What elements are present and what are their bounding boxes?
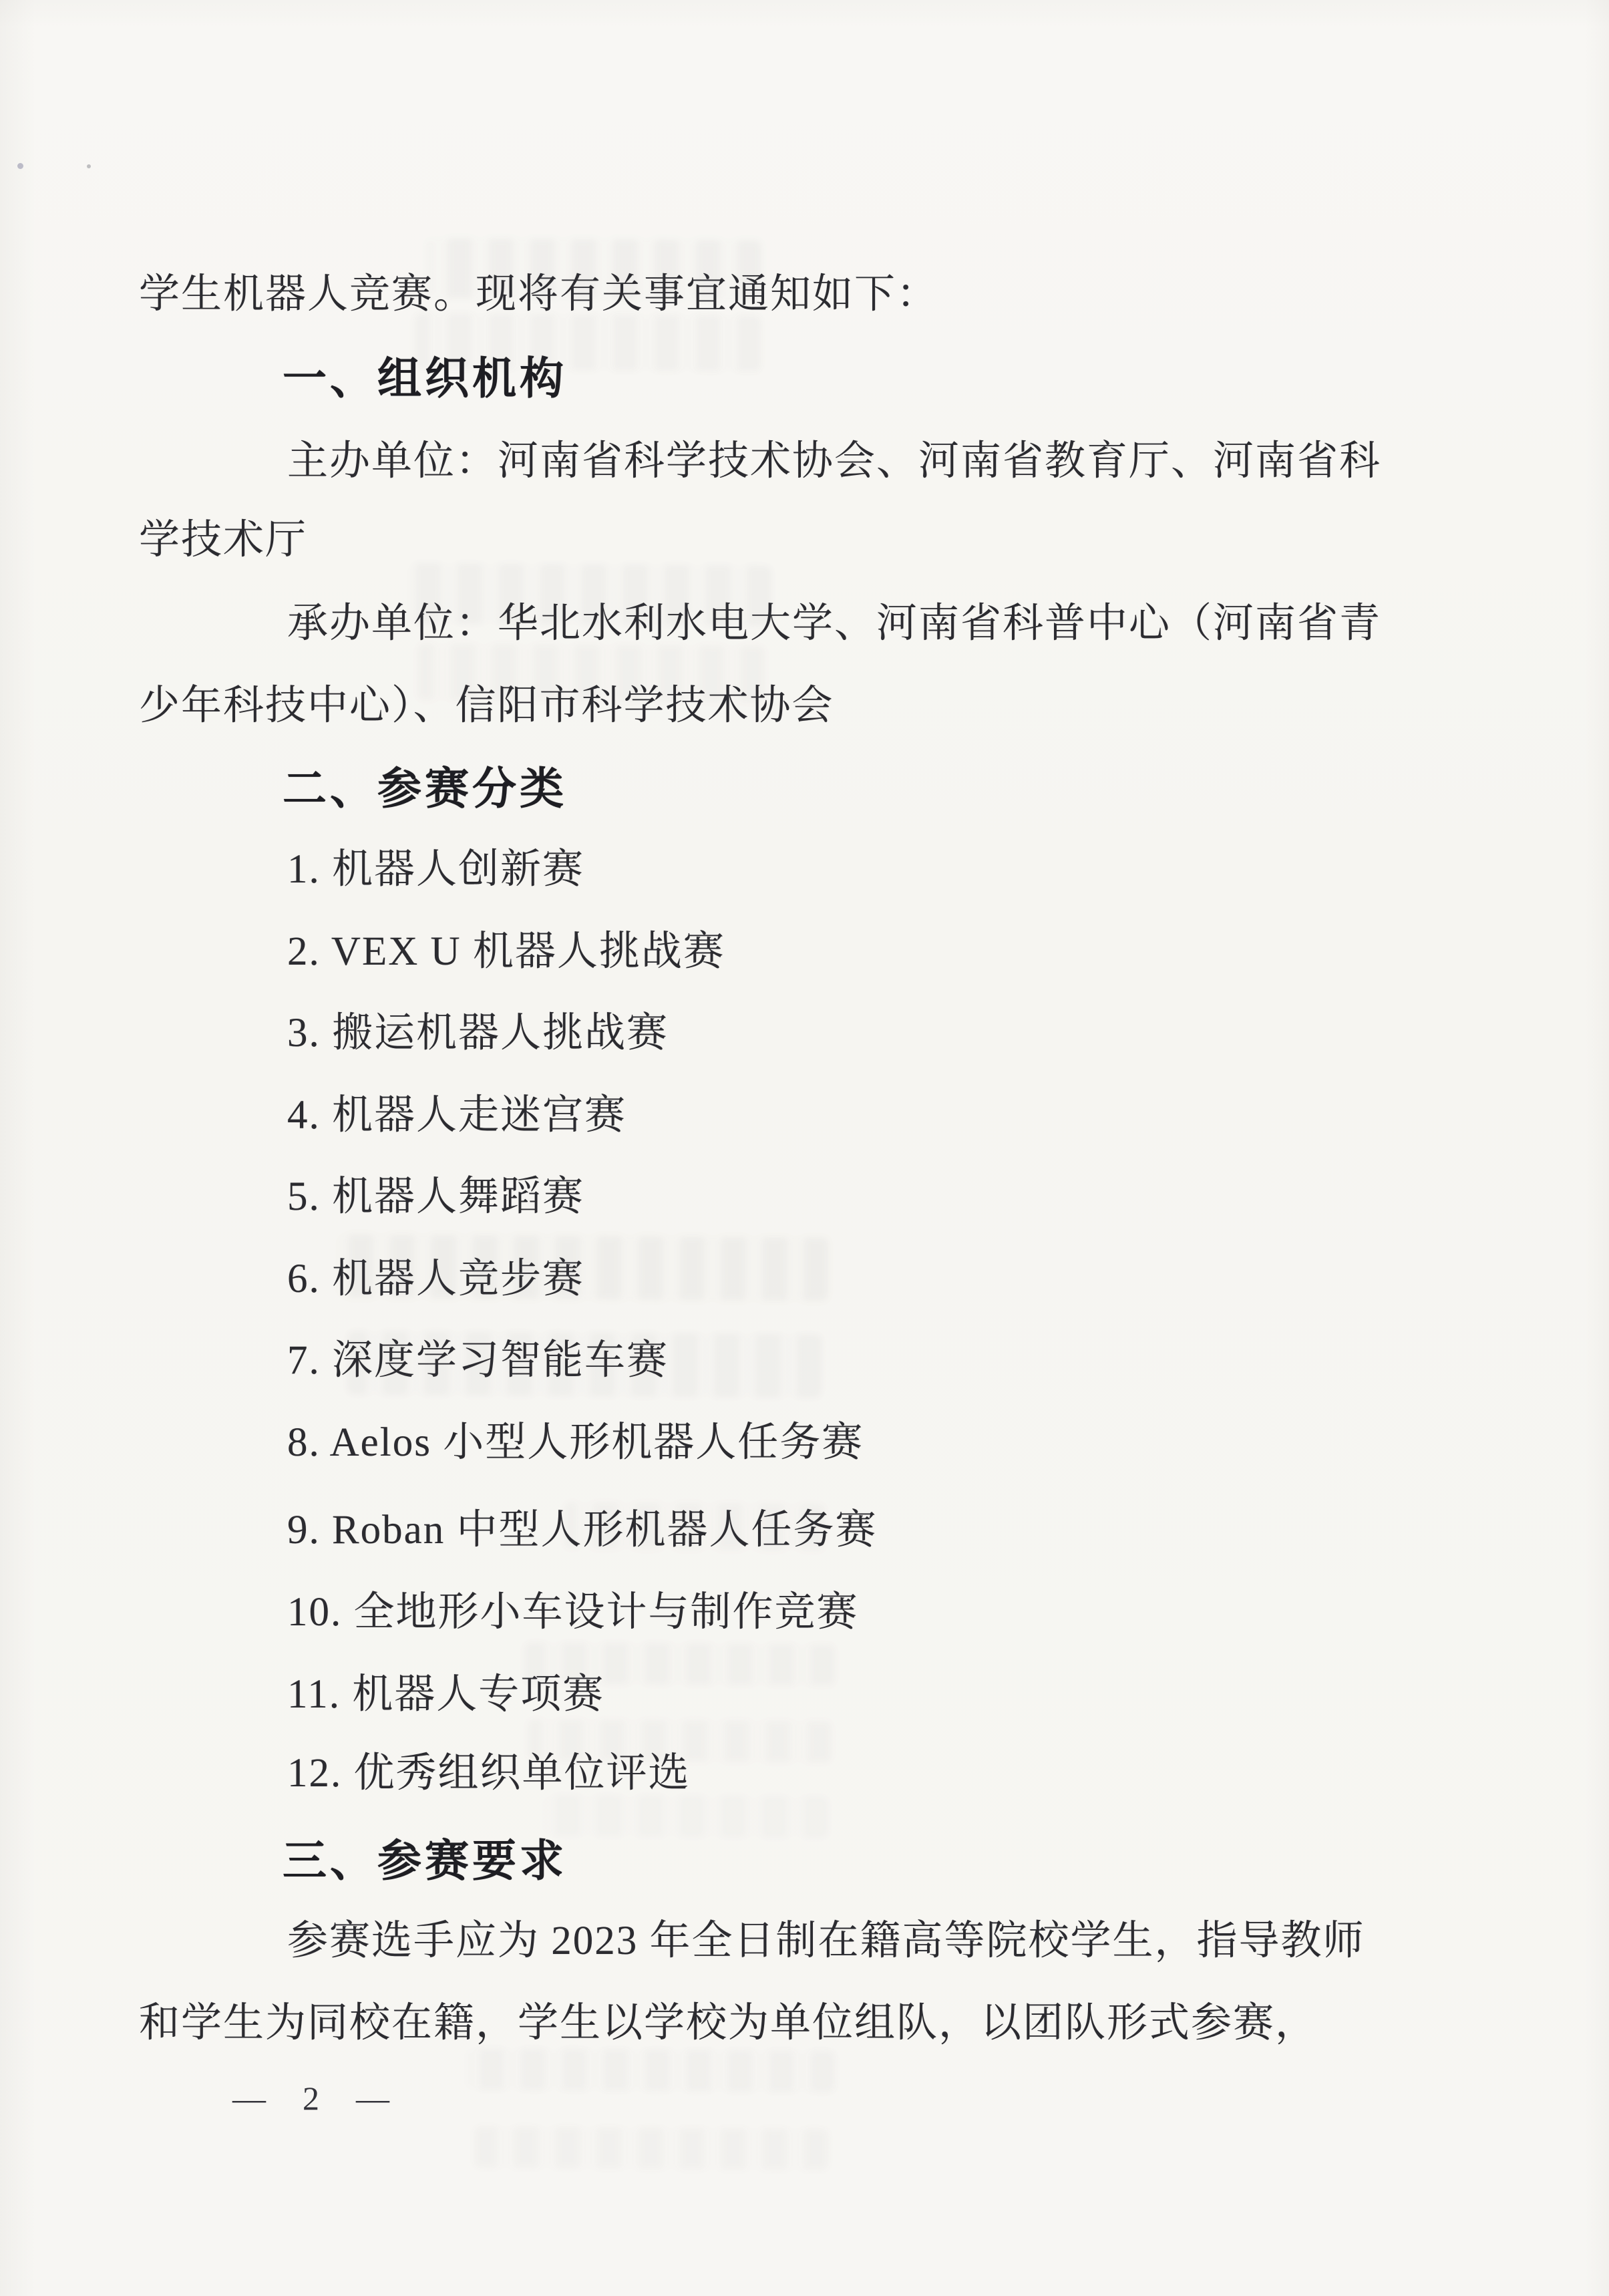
bleed-through-artifact bbox=[474, 2126, 828, 2170]
bleed-through-artifact bbox=[417, 643, 765, 703]
bleed-through-artifact bbox=[427, 238, 762, 300]
section3-heading: 三、参赛要求 bbox=[283, 1838, 567, 1882]
organizer-line: 主办单位：河南省科学技术协会、河南省教育厅、河南省科 bbox=[287, 441, 1381, 482]
category-item: 10. 全地形小车设计与制作竞赛 bbox=[287, 1592, 859, 1633]
requirements-line: 参赛选手应为 2023 年全日制在籍高等院校学生，指导教师 bbox=[287, 1921, 1365, 1961]
category-item: 5. 机器人舞蹈赛 bbox=[287, 1176, 584, 1217]
scan-speck bbox=[17, 163, 23, 169]
bleed-through-artifact bbox=[347, 1331, 822, 1398]
bleed-through-artifact bbox=[407, 563, 772, 626]
organizer-line-continuation: 学技术厅 bbox=[139, 520, 307, 560]
scan-speck bbox=[87, 164, 91, 168]
bleed-through-artifact bbox=[464, 2048, 835, 2092]
category-item: 2. VEX U 机器人挑战赛 bbox=[287, 931, 725, 972]
bleed-through-artifact bbox=[414, 313, 762, 372]
page-number: — 2 — bbox=[232, 2079, 396, 2118]
bleed-through-artifact bbox=[524, 1642, 835, 1685]
category-item: 8. Aelos 小型人形机器人任务赛 bbox=[287, 1422, 864, 1463]
bleed-through-artifact bbox=[564, 1502, 825, 1551]
category-item: 3. 搬运机器人挑战赛 bbox=[287, 1013, 669, 1053]
bleed-through-artifact bbox=[541, 1794, 828, 1838]
section2-heading: 二、参赛分类 bbox=[283, 766, 567, 810]
bleed-through-artifact bbox=[528, 1719, 832, 1762]
category-item: 4. 机器人走迷宫赛 bbox=[287, 1095, 627, 1136]
bleed-through-artifact bbox=[337, 1234, 829, 1301]
requirements-line-continuation: 和学生为同校在籍，学生以学校为单位组队，以团队形式参赛， bbox=[139, 2003, 1317, 2043]
category-item: 1. 机器人创新赛 bbox=[287, 849, 584, 890]
scanned-document-page: 学生机器人竞赛。现将有关事宜通知如下： 一、组织机构 主办单位：河南省科学技术协… bbox=[0, 0, 1609, 2296]
